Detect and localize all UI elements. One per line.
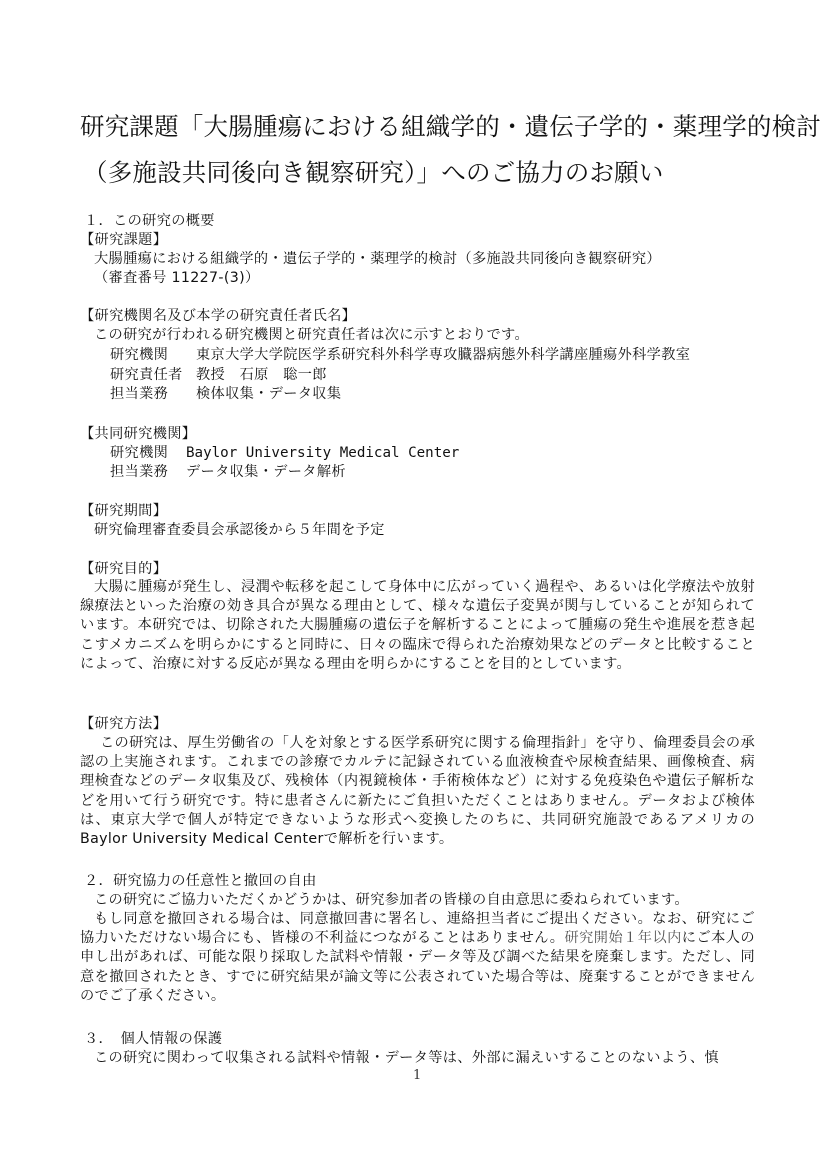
institution-label: 【研究機関名及び本学の研究責任者氏名】 (80, 307, 356, 325)
institution-row: 研究機関東京大学大学院医学系研究科外科学専攻臓器病態外科学講座腫瘍外科学教室 (110, 346, 690, 364)
institution-row-key: 研究責任者 (110, 366, 196, 384)
document-title-line1: 研究課題「大腸腫瘍における組織学的・遺伝子学的・薬理学的検討 (80, 112, 821, 142)
document-title-line2: （多施設共同後向き観察研究）」へのご協力のお願い (83, 158, 664, 188)
joint-institution-row: 研究機関Baylor University Medical Center (110, 444, 459, 462)
institution-row: 担当業務検体収集・データ収集 (110, 385, 341, 403)
institution-row-value: 教授 石原 聡一郎 (196, 367, 327, 383)
purpose-label: 【研究目的】 (80, 560, 167, 578)
joint-institution-row-key: 担当業務 (110, 463, 186, 481)
institution-row-key: 研究機関 (110, 346, 196, 364)
period-text: 研究倫理審査委員会承認後から５年間を予定 (94, 521, 385, 539)
section2-para1: この研究にご協力いただくかどうかは、研究参加者の皆様の自由意思に委ねられています… (80, 891, 755, 910)
institution-row-value: 東京大学大学院医学系研究科外科学専攻臓器病態外科学講座腫瘍外科学教室 (196, 347, 690, 363)
method-label: 【研究方法】 (80, 715, 167, 733)
period-label: 【研究期間】 (80, 502, 167, 520)
section3-text: この研究に関わって収集される試料や情報・データ等は、外部に漏えいすることのないよ… (94, 1049, 719, 1067)
joint-institution-row-value: データ収集・データ解析 (186, 464, 346, 480)
joint-institution-label: 【共同研究機関】 (80, 425, 196, 443)
section2-heading: ２．研究協力の任意性と撤回の自由 (84, 872, 317, 890)
method-text: この研究は、厚生労働省の「人を対象とする医学系研究に関する倫理指針」を守り、倫理… (80, 734, 755, 849)
institution-intro: この研究が行われる研究機関と研究責任者は次に示すとおりです。 (94, 326, 529, 344)
joint-institution-row-key: 研究機関 (110, 444, 186, 462)
research-title-label: 【研究課題】 (80, 231, 167, 249)
section1-heading: １．この研究の概要 (84, 212, 215, 230)
institution-row-key: 担当業務 (110, 385, 196, 403)
review-number: （審査番号 11227-(3)） (94, 269, 260, 287)
section2-para2-b: 研究開始１年以内 (564, 930, 681, 946)
section2-para2: もし同意を撤回される場合は、同意撤回書に署名し、連絡担当者にご提出ください。なお… (80, 910, 755, 1006)
research-title-text: 大腸腫瘍における組織学的・遺伝子学的・薬理学的検討（多施設共同後向き観察研究） (94, 250, 661, 268)
section3-heading: ３． 個人情報の保護 (84, 1030, 222, 1048)
purpose-text: 大腸に腫瘍が発生し、浸潤や転移を起こして身体中に広がっていく過程や、あるいは化学… (80, 578, 755, 674)
joint-institution-row-value: Baylor University Medical Center (186, 445, 459, 461)
document-page: 研究課題「大腸腫瘍における組織学的・遺伝子学的・薬理学的検討 （多施設共同後向き… (0, 0, 826, 1169)
joint-institution-row: 担当業務データ収集・データ解析 (110, 463, 346, 481)
institution-row: 研究責任者教授 石原 聡一郎 (110, 366, 327, 384)
page-number: 1 (413, 1068, 421, 1083)
institution-row-value: 検体収集・データ収集 (196, 386, 341, 402)
